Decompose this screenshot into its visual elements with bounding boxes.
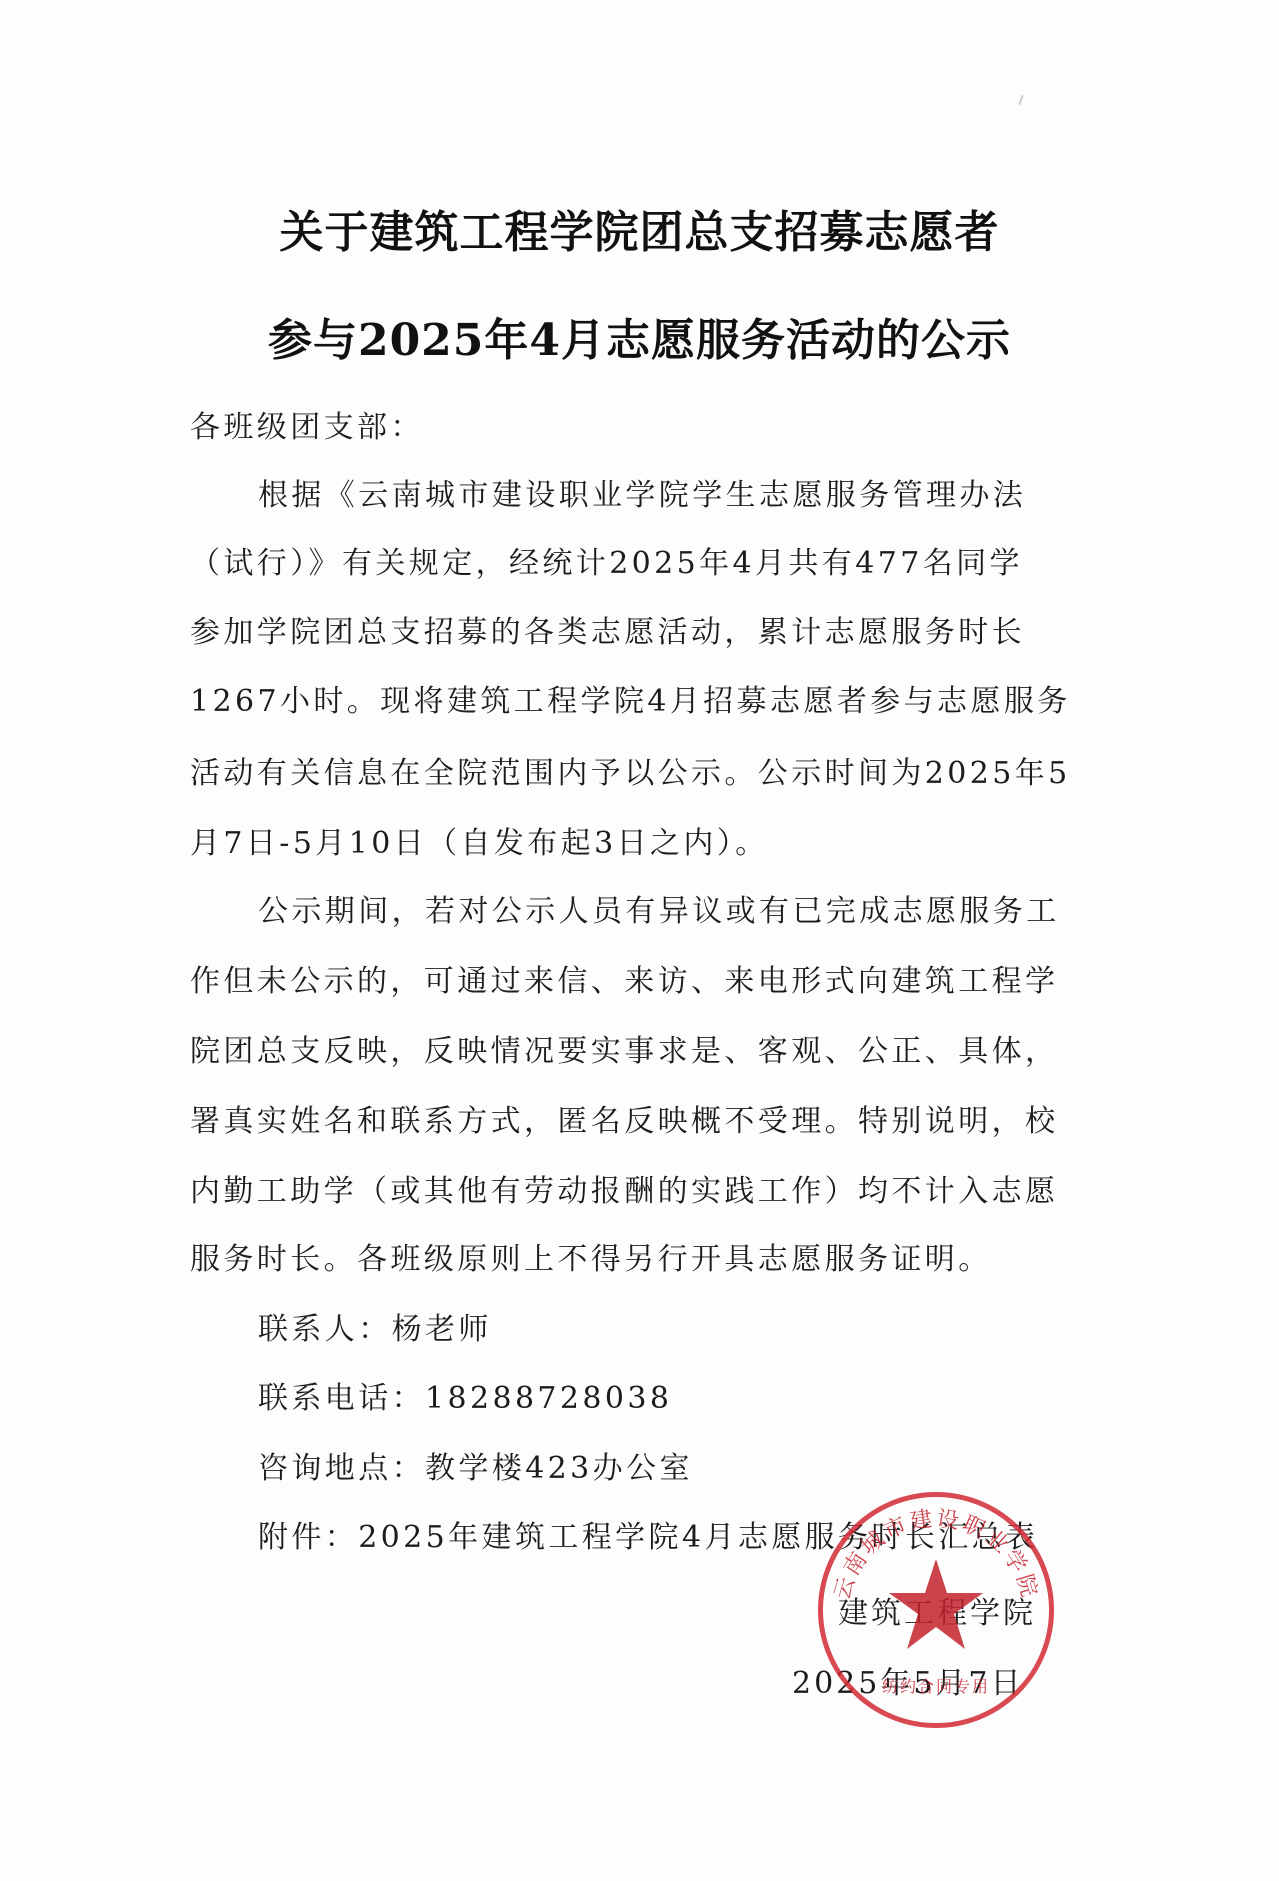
paragraph-2-line: 公示期间，若对公示人员有异议或有已完成志愿服务工: [258, 892, 1060, 932]
document-title-line-2: 参与2025年4月志愿服务活动的公示: [0, 304, 1279, 368]
document-page: 关于建筑工程学院团总支招募志愿者 参与2025年4月志愿服务活动的公示 各班级团…: [0, 0, 1279, 1881]
paragraph-2-line: 服务时长。各班级原则上不得另行开具志愿服务证明。: [190, 1240, 992, 1280]
paragraph-2-line: 内勤工助学（或其他有劳动报酬的实践工作）均不计入志愿: [190, 1172, 1058, 1212]
paragraph-1-line: 参加学院团总支招募的各类志愿活动，累计志愿服务时长: [190, 613, 1025, 653]
seal-star-icon: [886, 1555, 986, 1655]
paragraph-1-line: 根据《云南城市建设职业学院学生志愿服务管理办法: [258, 476, 1026, 516]
contact-phone: 联系电话：18288728038: [258, 1379, 672, 1419]
consult-location: 咨询地点：教学楼423办公室: [258, 1449, 693, 1489]
paragraph-1-line: （试行）》有关规定，经统计2025年4月共有477名同学: [190, 544, 1023, 584]
seal-bottom-text: 纺约合同专用: [823, 1674, 1049, 1697]
official-seal-stamp: 云南城市建设职业学院 纺约合同专用: [818, 1492, 1054, 1728]
contact-person: 联系人：杨老师: [258, 1310, 492, 1350]
paragraph-2-line: 署真实姓名和联系方式，匿名反映概不受理。特别说明，校: [190, 1102, 1058, 1142]
paragraph-1-line: 月7日-5月10日（自发布起3日之内）。: [190, 824, 769, 864]
paragraph-1-line: 活动有关信息在全院范围内予以公示。公示时间为2025年5: [190, 754, 1071, 794]
scan-speck: [1018, 95, 1023, 105]
document-title-line-1: 关于建筑工程学院团总支招募志愿者: [0, 196, 1279, 260]
paragraph-2-line: 院团总支反映，反映情况要实事求是、客观、公正、具体，: [190, 1032, 1058, 1072]
paragraph-2-line: 作但未公示的，可通过来信、来访、来电形式向建筑工程学: [190, 962, 1058, 1002]
paragraph-1-line: 1267小时。现将建筑工程学院4月招募志愿者参与志愿服务: [190, 682, 1071, 722]
salutation: 各班级团支部：: [190, 408, 424, 448]
